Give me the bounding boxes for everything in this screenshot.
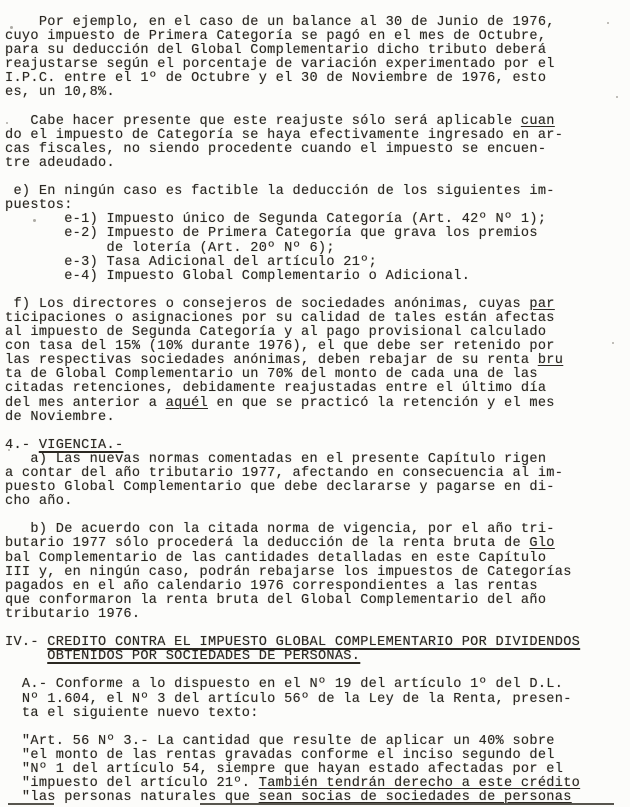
doc-line: que conformaron la renta bruta del Globa… (5, 594, 626, 608)
text-run: e-4) Impuesto Global Complementario o Ad… (5, 269, 470, 284)
text-run: Nº 1.604, el Nº 3 del artículo 56º de la… (5, 692, 572, 707)
doc-line: Cabe hacer presente que este reajuste só… (5, 115, 626, 129)
scan-artifact-line (8, 803, 54, 805)
text-run: IV.- (5, 635, 47, 650)
doc-line: III y, en ningún caso, podrán rebajarse … (5, 566, 626, 580)
doc-line: de lotería (Art. 20º Nº 6); (5, 242, 626, 256)
doc-line: al impuesto de Segunda Categoría y al pa… (5, 326, 626, 340)
text-run: puesto Global Complementario que debe de… (5, 480, 555, 495)
doc-line: 4.- VIGENCIA.- (5, 439, 626, 453)
doc-line: I.P.C. entre el 1º de Octubre y el 30 de… (5, 72, 626, 86)
doc-line: tre adeudado. (5, 157, 626, 171)
text-run: puestos: (5, 198, 73, 213)
text-run: es, un 10,8%. (5, 85, 115, 100)
scan-speck (10, 26, 13, 29)
text-run: I.P.C. entre el 1º de Octubre y el 30 de… (5, 71, 546, 86)
doc-blank-line (5, 284, 626, 298)
doc-line: pagados en el año calendario 1976 corres… (5, 580, 626, 594)
doc-blank-line (5, 721, 626, 735)
doc-line: ta el siguiente nuevo texto: (5, 707, 626, 721)
underlined-text: par (529, 297, 554, 312)
scan-speck (612, 342, 614, 344)
doc-line: f) Los directores o consejeros de socied… (5, 298, 626, 312)
text-run: e-3) Tasa Adicional del artículo 21º; (5, 255, 377, 270)
doc-line: "el monto de las rentas gravadas conform… (5, 749, 626, 763)
doc-line: Por ejemplo, en el caso de un balance al… (5, 16, 626, 30)
doc-line: cas fiscales, no siendo procedente cuand… (5, 143, 626, 157)
document-page: Por ejemplo, en el caso de un balance al… (0, 0, 630, 807)
doc-line: e-3) Tasa Adicional del artículo 21º; (5, 256, 626, 270)
text-run: 4.- (5, 438, 39, 453)
doc-blank-line (5, 622, 626, 636)
scan-speck (33, 219, 36, 222)
text-run: a contar del año tributario 1977, afecta… (5, 466, 563, 481)
underlined-text: VIGENCIA.- (39, 438, 124, 453)
doc-line: es, un 10,8%. (5, 86, 626, 100)
text-run: ticipaciones o asignaciones por su calid… (5, 311, 555, 326)
underlined-text: CREDITO CONTRA EL IMPUESTO GLOBAL COMPLE… (47, 635, 580, 650)
underlined-text: cuan (521, 114, 555, 129)
doc-line: a) Las nuevas normas comentadas en el pr… (5, 453, 626, 467)
doc-line: para su deducción del Global Complementa… (5, 44, 626, 58)
doc-line: del mes anterior a aquél en que se pract… (5, 397, 626, 411)
text-run: b) De acuerdo con la citada norma de vig… (5, 522, 555, 537)
doc-line: A.- Conforme a lo dispuesto en el Nº 19 … (5, 678, 626, 692)
text-run: con tasa del 15% (10% durante 1976), el … (5, 339, 555, 354)
underlined-text: OBTENIDOS POR SOCIEDADES DE PERSONAS. (47, 649, 360, 664)
text-run: que conformaron la renta bruta del Globa… (5, 593, 546, 608)
doc-line: "Nº 1 del artículo 54, siempre que hayan… (5, 763, 626, 777)
underlined-text: También tendrán derecho a este crédito (259, 776, 580, 791)
text-run: "impuesto del artículo 21º. (5, 776, 259, 791)
doc-line: do el impuesto de Categoría se haya efec… (5, 129, 626, 143)
doc-line: e-4) Impuesto Global Complementario o Ad… (5, 270, 626, 284)
scan-speck (6, 122, 8, 124)
text-run: de Noviembre. (5, 410, 115, 425)
doc-line: e-1) Impuesto único de Segunda Categoría… (5, 213, 626, 227)
doc-blank-line (5, 101, 626, 115)
doc-line: ticipaciones o asignaciones por su calid… (5, 312, 626, 326)
doc-line: a contar del año tributario 1977, afecta… (5, 467, 626, 481)
doc-line: OBTENIDOS POR SOCIEDADES DE PERSONAS. (5, 650, 626, 664)
text-run: pagados en el año calendario 1976 corres… (5, 579, 538, 594)
doc-line: citadas retenciones, debidamente reajust… (5, 382, 626, 396)
doc-line: e) En ningún caso es factible la deducci… (5, 185, 626, 199)
underlined-text: bru (538, 353, 563, 368)
doc-line: "impuesto del artículo 21º. También tend… (5, 777, 626, 791)
text-run: a) Las nuevas normas comentadas en el pr… (5, 452, 546, 467)
doc-line: de Noviembre. (5, 411, 626, 425)
text-run: cuyo impuesto de Primera Categoría se pa… (5, 29, 546, 44)
text-run: A.- Conforme a lo dispuesto en el Nº 19 … (5, 677, 563, 692)
doc-line: b) De acuerdo con la citada norma de vig… (5, 523, 626, 537)
underlined-text: aquél (166, 396, 208, 411)
document-text: Por ejemplo, en el caso de un balance al… (5, 16, 626, 805)
doc-line: e-2) Impuesto de Primera Categoría que g… (5, 227, 626, 241)
doc-line: Nº 1.604, el Nº 3 del artículo 56º de la… (5, 693, 626, 707)
doc-blank-line (5, 171, 626, 185)
scan-speck (607, 22, 609, 24)
doc-line: las respectivas sociedades anónimas, deb… (5, 354, 626, 368)
doc-line: con tasa del 15% (10% durante 1976), el … (5, 340, 626, 354)
text-run: del mes anterior a (5, 396, 166, 411)
doc-line: ta de Global Complementario un 70% del m… (5, 368, 626, 382)
text-run: Cabe hacer presente que este reajuste só… (5, 114, 521, 129)
text-run: bal Complementario de las cantidades det… (5, 551, 546, 566)
doc-line: "Art. 56 Nº 3.- La cantidad que resulte … (5, 735, 626, 749)
text-run: III y, en ningún caso, podrán rebajarse … (5, 565, 572, 580)
text-run: do el impuesto de Categoría se haya efec… (5, 128, 563, 143)
text-run: tributario 1976. (5, 607, 140, 622)
text-run: para su deducción del Global Complementa… (5, 43, 546, 58)
doc-line: cuyo impuesto de Primera Categoría se pa… (5, 30, 626, 44)
text-run: e-2) Impuesto de Primera Categoría que g… (5, 226, 538, 241)
text-run: butario 1977 sólo procederá la deducción… (5, 536, 529, 551)
text-run: ta el siguiente nuevo texto: (5, 706, 259, 721)
scan-speck (364, 120, 366, 122)
text-run: al impuesto de Segunda Categoría y al pa… (5, 325, 546, 340)
text-run: ta de Global Complementario un 70% del m… (5, 367, 538, 382)
doc-line: puesto Global Complementario que debe de… (5, 481, 626, 495)
doc-blank-line (5, 425, 626, 439)
scan-speck (8, 449, 10, 451)
text-run: de lotería (Art. 20º Nº 6); (5, 241, 335, 256)
text-run: cas fiscales, no siendo procedente cuand… (5, 142, 546, 157)
text-run: en que se practicó la retención y el mes (208, 396, 555, 411)
scan-artifact-line (200, 803, 614, 805)
text-run (5, 649, 47, 664)
doc-line: cho año. (5, 495, 626, 509)
doc-line: bal Complementario de las cantidades det… (5, 552, 626, 566)
text-run: tre adeudado. (5, 156, 115, 171)
underlined-text: Glo (529, 536, 554, 551)
doc-blank-line (5, 509, 626, 523)
text-run: "el monto de las rentas gravadas conform… (5, 748, 555, 763)
text-run: "Nº 1 del artículo 54, siempre que hayan… (5, 762, 563, 777)
doc-line: tributario 1976. (5, 608, 626, 622)
text-run: cho año. (5, 494, 73, 509)
text-run: e-1) Impuesto único de Segunda Categoría… (5, 212, 546, 227)
doc-line: IV.- CREDITO CONTRA EL IMPUESTO GLOBAL C… (5, 636, 626, 650)
doc-line: butario 1977 sólo procederá la deducción… (5, 537, 626, 551)
scan-speck (616, 96, 618, 98)
text-run: citadas retenciones, debidamente reajust… (5, 381, 546, 396)
text-run: e) En ningún caso es factible la deducci… (5, 184, 555, 199)
text-run: las respectivas sociedades anónimas, deb… (5, 353, 538, 368)
text-run: "Art. 56 Nº 3.- La cantidad que resulte … (5, 734, 555, 749)
text-run: f) Los directores o consejeros de socied… (5, 297, 529, 312)
text-run: Por ejemplo, en el caso de un balance al… (5, 15, 555, 30)
